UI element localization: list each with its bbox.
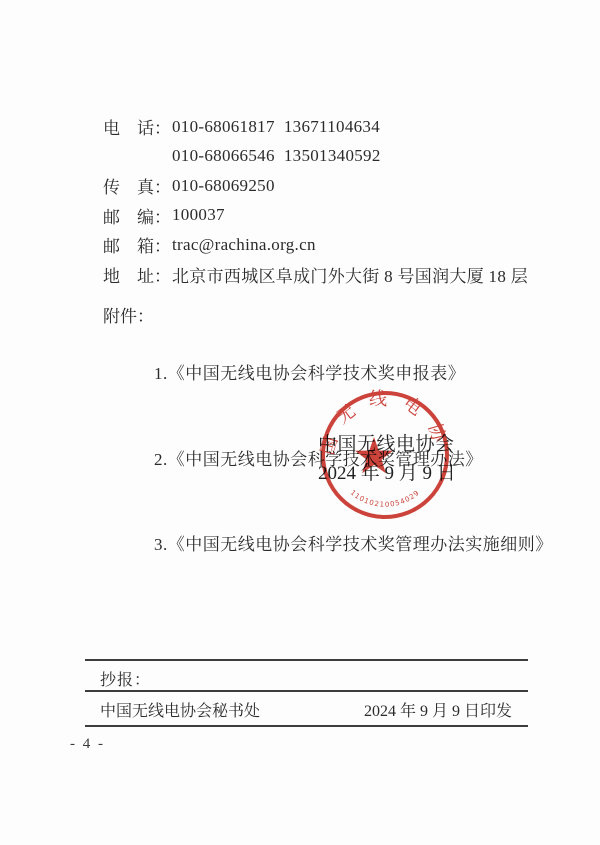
postcode-label: 邮 编： [103, 203, 172, 228]
address-label: 地 址： [103, 262, 172, 287]
contact-row-email: 邮 箱： trac@rachina.org.cn [103, 230, 528, 260]
phone-value-2: 010-68066546 13501340592 [172, 146, 381, 166]
seal-code-text: 11010210054029 [349, 489, 422, 509]
issuing-office: 中国无线电协会秘书处 [100, 698, 260, 721]
phone-label: 电 话： [103, 114, 172, 139]
footer-rule-bottom [85, 725, 528, 727]
email-label: 邮 箱： [103, 232, 172, 257]
footer-rule-middle [85, 690, 528, 692]
official-seal: 中国无线电协会 11010210054029 [313, 383, 457, 527]
postcode-value: 100037 [172, 205, 225, 225]
contact-row-phone-2: 010-68066546 13501340592 [103, 142, 528, 172]
document-page: 电 话： 010-68061817 13671104634 010-680665… [0, 0, 600, 845]
page-number: - 4 - [70, 736, 105, 753]
print-date: 2024 年 9 月 9 日印发 [364, 698, 512, 721]
fax-value: 010-68069250 [172, 176, 275, 196]
email-value: trac@rachina.org.cn [172, 235, 316, 255]
copy-to-label: 抄报： [100, 667, 151, 690]
star-icon [355, 437, 393, 473]
contact-row-phone: 电 话： 010-68061817 13671104634 [103, 112, 528, 142]
contact-info-block: 电 话： 010-68061817 13671104634 010-680665… [103, 112, 528, 289]
footer-rule-top [85, 659, 528, 661]
contact-row-postcode: 邮 编： 100037 [103, 201, 528, 231]
address-value: 北京市西城区阜成门外大街 8 号国润大厦 18 层 [172, 262, 528, 287]
phone-value: 010-68061817 13671104634 [172, 117, 380, 137]
seal-ring-text: 中国无线电协会 [317, 389, 453, 459]
contact-row-fax: 传 真： 010-68069250 [103, 171, 528, 201]
attachment-item-3: 3.《中国无线电协会科学技术奖管理办法实施细则》 [154, 531, 553, 560]
contact-row-address: 地 址： 北京市西城区阜成门外大街 8 号国润大厦 18 层 [103, 260, 528, 290]
footer-issue-row: 中国无线电协会秘书处 2024 年 9 月 9 日印发 [100, 698, 512, 721]
fax-label: 传 真： [103, 173, 172, 198]
attachments-label: 附件： [103, 303, 154, 332]
